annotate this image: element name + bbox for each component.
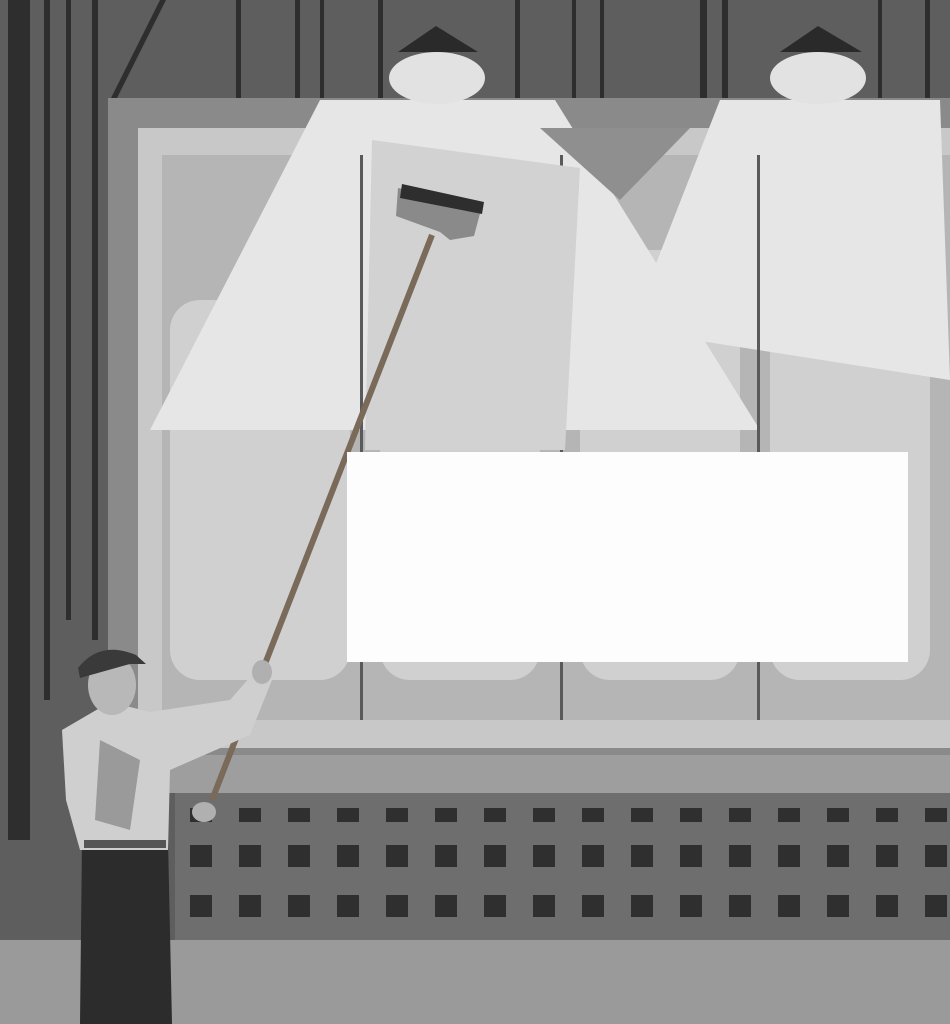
- blank-overlay-panel: [347, 452, 908, 662]
- billboard-ledge: [160, 755, 950, 793]
- billboard-illustration: [0, 0, 950, 1024]
- poster-sheet: [365, 140, 580, 450]
